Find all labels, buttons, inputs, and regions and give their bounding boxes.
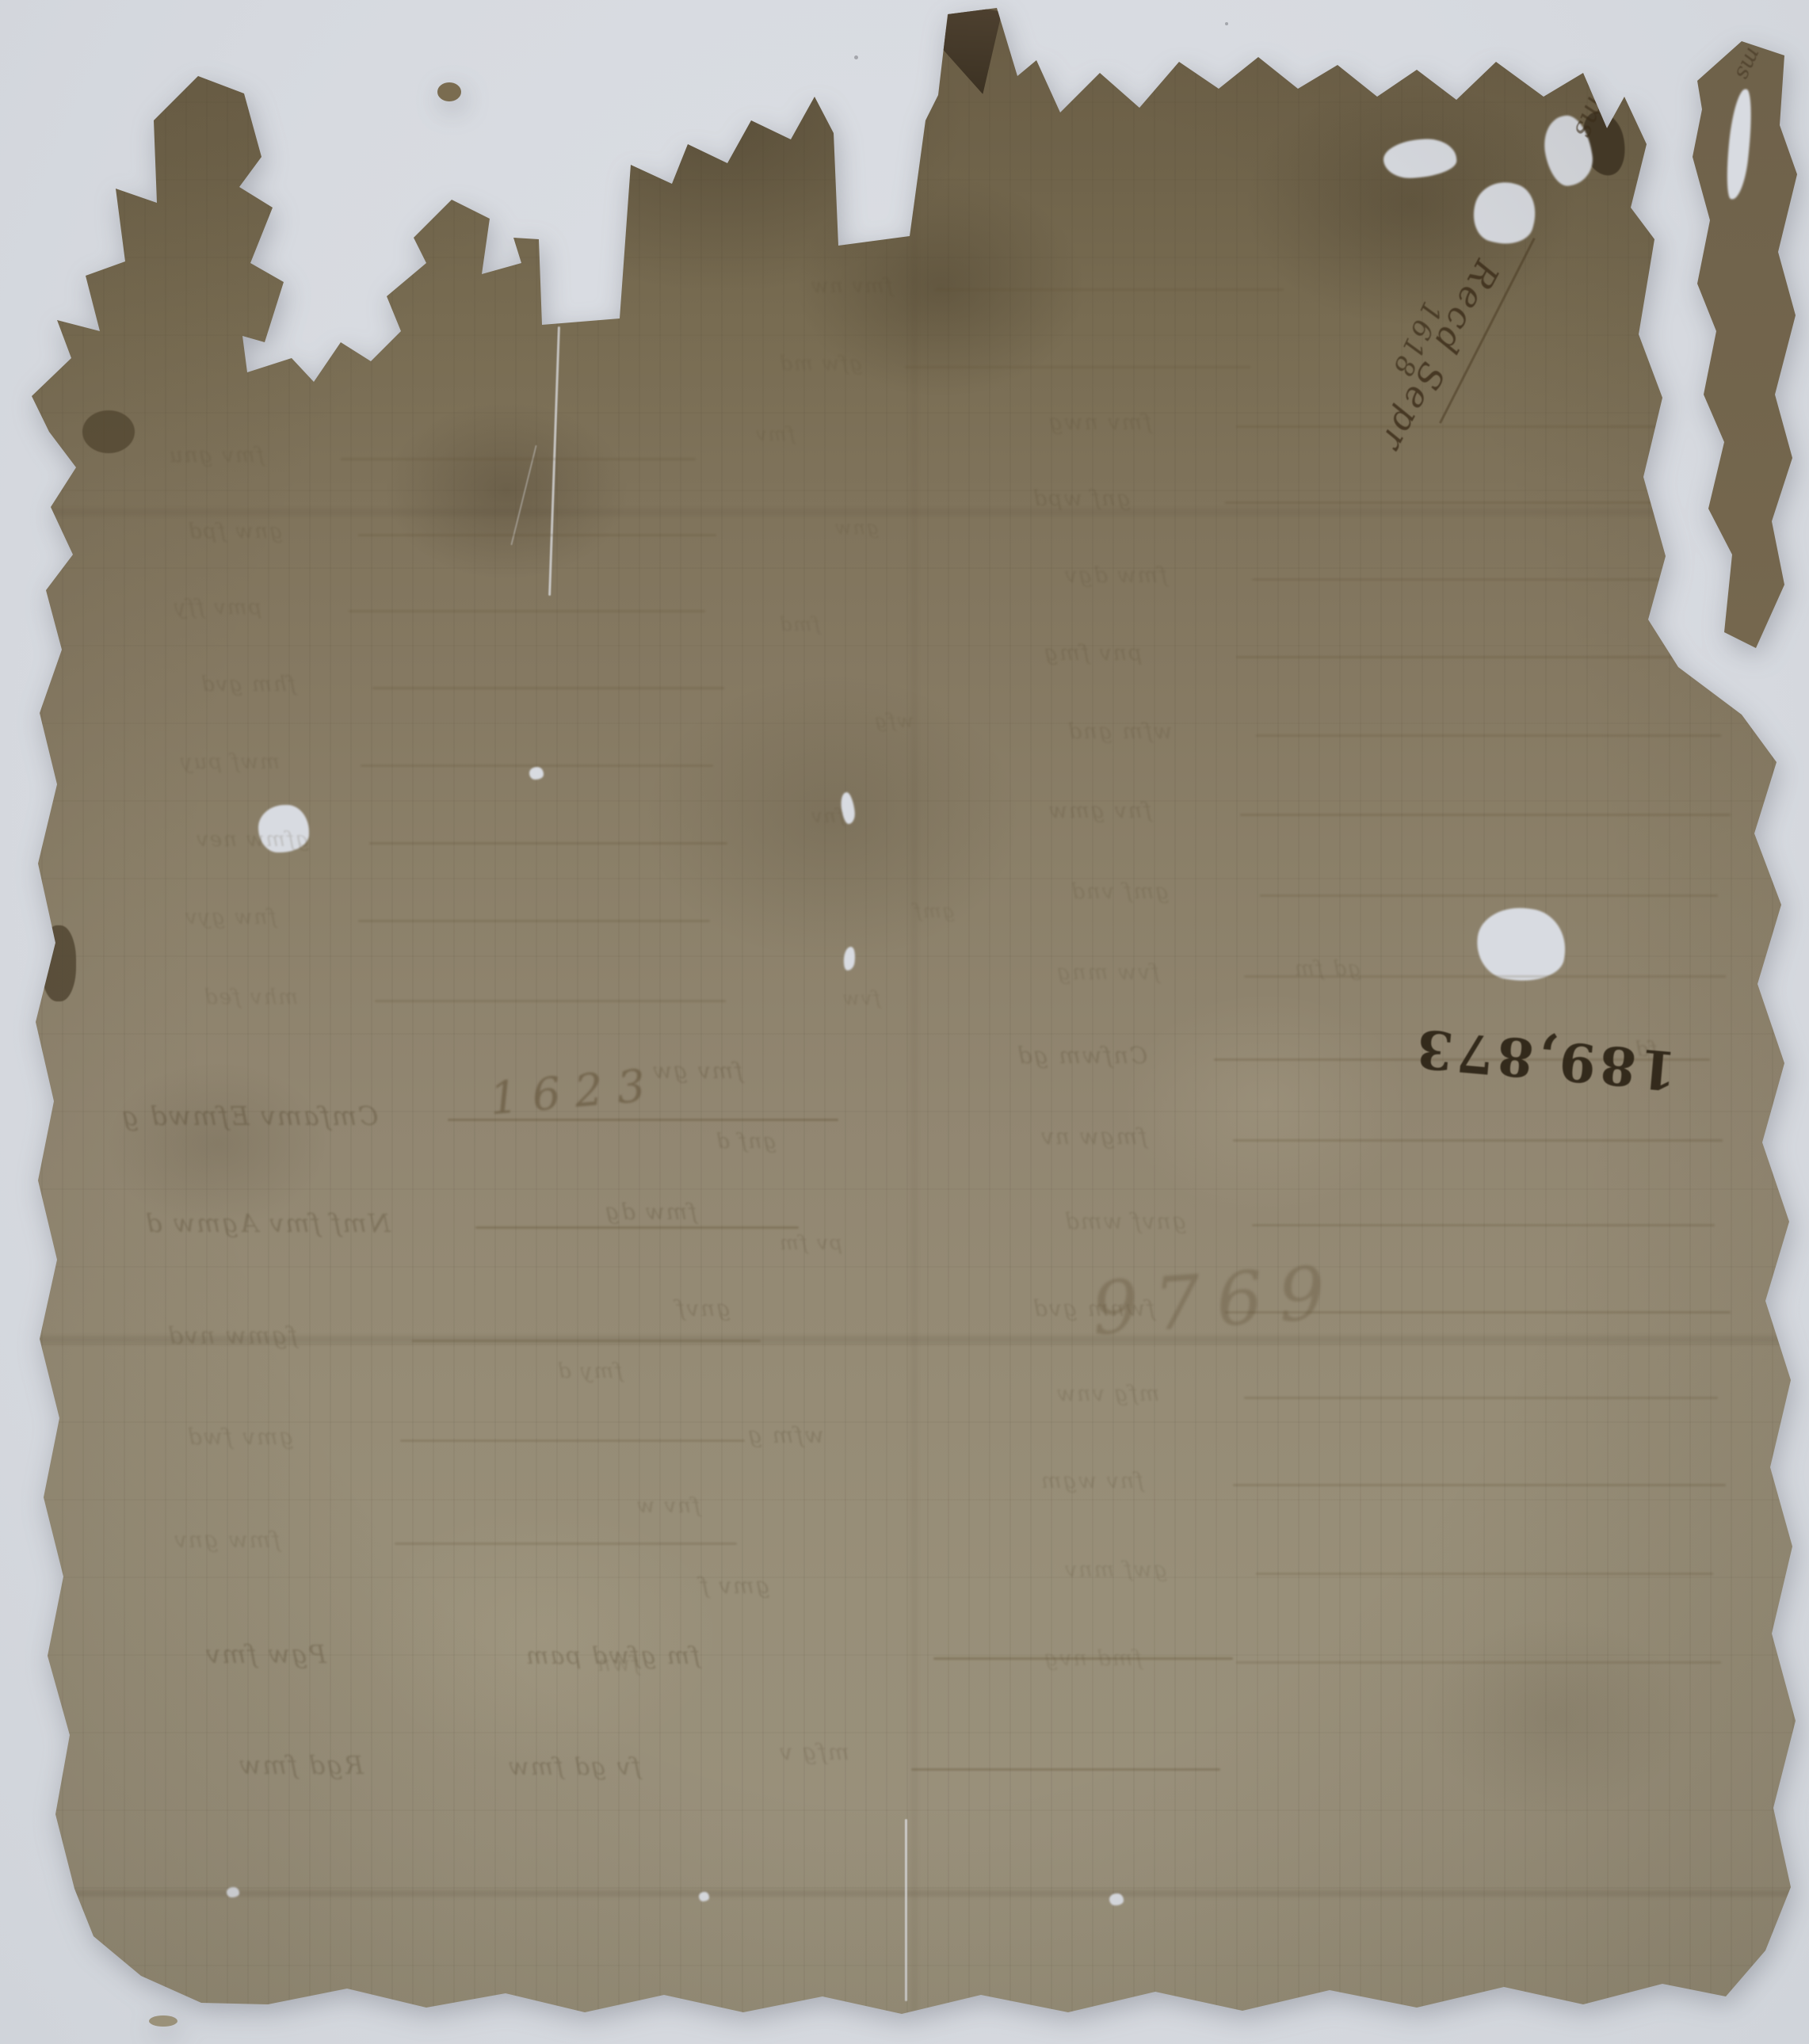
faint-numeral-note: 9769 [1090,1249,1344,1352]
ledger-rule-line [1256,1573,1713,1575]
ghost-handwriting: Cmfamv Efmwd g [120,1103,378,1129]
ledger-rule-line [358,920,710,922]
ghost-handwriting: fvw [842,989,880,1008]
pinhole [227,1887,239,1897]
ledger-rule-line [911,1768,1220,1771]
ghost-handwriting: fwn [596,1654,639,1675]
ghost-handwriting: gnvf [675,1298,731,1320]
paper-loss-fleck [842,946,856,971]
ghost-handwriting: mfg v [778,1741,849,1764]
ghost-handwriting: fmv nw [810,276,893,296]
paper-fragment-speck [437,82,461,101]
ghost-handwriting: Cnfwm gd [1016,1044,1147,1067]
ghost-handwriting: wfm gnd [1067,721,1172,742]
ghost-handwriting: gmv f [699,1575,770,1597]
ledger-rule-line [1244,1397,1718,1399]
torn-hole [1472,902,1570,987]
ledger-rule-line [361,765,713,767]
ghost-handwriting: fnv gmw [1048,800,1151,822]
horizontal-fold-line [0,509,1809,516]
ledger-rule-line [1252,1224,1715,1226]
ledger-rule-line [341,458,696,460]
ledger-rule-line [349,610,705,612]
dark-stain-blob [82,410,135,453]
ledger-rule-line [400,1440,745,1442]
pinhole [699,1892,709,1901]
ghost-handwriting: fnv w [635,1496,700,1516]
ledger-rule-line [375,1000,726,1002]
ghost-handwriting: fv gd fmw [507,1756,641,1779]
pinhole [529,767,544,780]
ledger-rule-line [412,1340,761,1342]
ghost-handwriting: fnw gyv [184,907,277,928]
ghost-handwriting: fmgw nv [1040,1126,1147,1148]
ledger-rule-line [358,534,716,536]
ledger-rule-line [935,288,1284,291]
ghost-handwriting: pv fm [778,1233,842,1253]
ghost-handwriting: gwf mnv [1063,1559,1167,1581]
ghost-handwriting: fmy d [556,1361,623,1382]
ghost-handwriting: gnf d [715,1131,777,1152]
ghost-handwriting: gfw md [778,353,862,373]
manuscript-page: fmv nwgfw mdfmv gnugnw fpdpmv ffyfhm gvd… [0,0,1809,2044]
ledger-rule-line [372,687,724,689]
ghost-handwriting: gnw fpd [187,521,283,542]
ghost-handwriting: mwf puy [179,752,280,772]
ghost-handwriting: Pgw fmv [204,1642,326,1667]
ghost-handwriting: fnv wgm [1040,1470,1143,1492]
ghost-handwriting: fmv [754,425,795,444]
manuscript-wrapper: fmv nwgfw mdfmv gnugnw fpdpmv ffyfhm gvd… [0,0,1809,2044]
faint-year-note: 1623 [488,1059,662,1125]
pinhole [1109,1893,1124,1905]
ghost-handwriting: fmv nwg [1048,412,1151,433]
ledger-rule-line [1233,1484,1726,1486]
photo-background: fmv nwgfw mdfmv gnugnw fpdpmv ffyfhm gvd… [0,0,1809,2044]
ledger-rule-line [1252,578,1718,581]
ghost-handwriting: gnf wpd [1032,488,1131,509]
ledger-rule-line [1260,894,1718,897]
ledger-rule-line [905,366,1250,368]
ghost-handwriting: gnvf wmd [1063,1211,1186,1233]
ledger-rule-line [475,1226,799,1229]
crack-line [548,326,560,596]
ghost-handwriting: gmf [913,902,955,921]
ghost-handwriting: pmv ffy [173,597,261,618]
crack-line [905,1819,907,2001]
paper-fragment-speck [149,2015,177,2027]
ledger-rule-line [1256,734,1721,737]
ledger-rule-line [395,1543,737,1545]
ghost-handwriting: wfm g [746,1424,824,1447]
vertical-fold-line [911,0,918,2044]
ghost-handwriting: wfg [873,711,914,730]
ledger-rule-line [1233,1139,1723,1142]
ledger-rule-line [1240,814,1731,816]
ghost-handwriting: pnv fmg [1043,643,1142,664]
ghost-handwriting: fmw gnv [173,1529,281,1551]
ghost-handwriting: fgmw nvd [166,1325,297,1348]
ghost-handwriting: mhv fed [203,987,298,1008]
ledger-rule-line [1236,1661,1721,1664]
ghost-handwriting: fnv [810,807,845,826]
ghost-handwriting: gmv fwd [186,1426,293,1448]
ghost-handwriting: fmv gw [651,1060,743,1082]
ghost-handwriting: gnw [834,518,879,537]
ledger-rule-line [1236,656,1734,658]
ghost-handwriting: fmd nvg [1043,1648,1142,1669]
ghost-handwriting: Nmf fmv Agmw d [144,1211,391,1236]
ghost-handwriting: fmw dg [604,1201,697,1223]
ledger-rule-line [369,842,727,845]
ghost-handwriting: fhm gvd [200,674,296,695]
dark-paper-chip [941,3,1002,95]
ghost-handwriting: Rgd fmw [238,1752,364,1778]
ghost-handwriting: fmw dgv [1063,565,1167,586]
ledger-rule-line [1225,501,1726,504]
ledger-rule-line [1236,425,1710,428]
accession-stamp: 189,873 [1429,1013,1680,1108]
ghost-handwriting: fmd [778,615,820,634]
ghost-handwriting: gd fm [1293,959,1361,979]
ghost-handwriting: gmf vnd [1070,881,1169,902]
ghost-handwriting: mfg vnw [1055,1383,1159,1405]
ghost-handwriting: fvw mng [1055,962,1159,983]
ghost-handwriting: gfmw nev [195,829,309,850]
torn-hole [1382,137,1457,180]
dark-stain-blob [41,925,76,1001]
ghost-handwriting: fmv gnu [168,445,264,466]
dark-stain-blob [908,48,940,90]
